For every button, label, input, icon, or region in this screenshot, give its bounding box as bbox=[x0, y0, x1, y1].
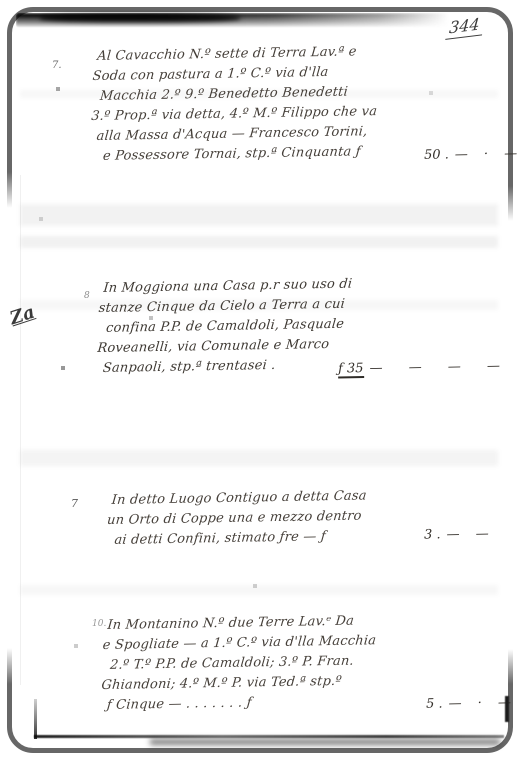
margin-note-entry-4: 10. bbox=[92, 619, 106, 629]
scanned-manuscript-page: 344 7. Al Cavacchio N.º sette di Terra L… bbox=[0, 0, 520, 760]
amount-entry-1: 50 .— · — bbox=[424, 146, 520, 163]
margin-note-entry-1: 7. bbox=[52, 60, 62, 71]
page-number: 344 bbox=[445, 11, 507, 39]
scan-streak bbox=[20, 450, 498, 466]
ledger-entry-3: In detto Luogo Contiguo a detta Casa un … bbox=[112, 485, 448, 551]
document-page: 344 7. Al Cavacchio N.º sette di Terra L… bbox=[0, 0, 520, 760]
scan-artifact-bottom-edge bbox=[34, 735, 504, 738]
ink-specks bbox=[0, 0, 2, 2]
amount-value: 5 . bbox=[426, 697, 443, 712]
amount-dashes: — · — bbox=[449, 146, 520, 162]
scan-streak bbox=[20, 585, 498, 595]
amount-value: ƒ 35 bbox=[338, 361, 364, 378]
amount-value: 3 . bbox=[424, 527, 441, 542]
margin-note-entry-2: 8 bbox=[84, 291, 90, 301]
amount-value: 50 . bbox=[424, 147, 449, 162]
ledger-entry-4: In Montanino N.º due Terre Lav.ᵉ Da e Sp… bbox=[107, 610, 444, 716]
scan-artifact-bottom-right-mark bbox=[505, 696, 509, 722]
amount-entry-2: ƒ 35— — — — bbox=[338, 358, 511, 376]
amount-entry-3: 3 .— — bbox=[424, 526, 495, 542]
amount-entry-4: 5 .— · — bbox=[426, 695, 517, 712]
scan-streak bbox=[20, 204, 498, 226]
scan-artifact-top-shadow bbox=[40, 14, 240, 22]
page-edge-line bbox=[20, 175, 21, 685]
scan-streak bbox=[20, 236, 498, 248]
amount-dashes: — — bbox=[440, 526, 494, 542]
ledger-entry-1: Al Cavacchio N.º sette di Terra Lav.ª e … bbox=[97, 41, 434, 167]
margin-note-entry-3: 7 bbox=[71, 497, 78, 510]
page-number-value: 344 bbox=[445, 14, 483, 40]
amount-dashes: — — — — bbox=[363, 358, 511, 376]
scan-artifact-bottom-left-vertical bbox=[34, 699, 37, 739]
scan-artifact-bottom-smudge bbox=[150, 739, 500, 745]
